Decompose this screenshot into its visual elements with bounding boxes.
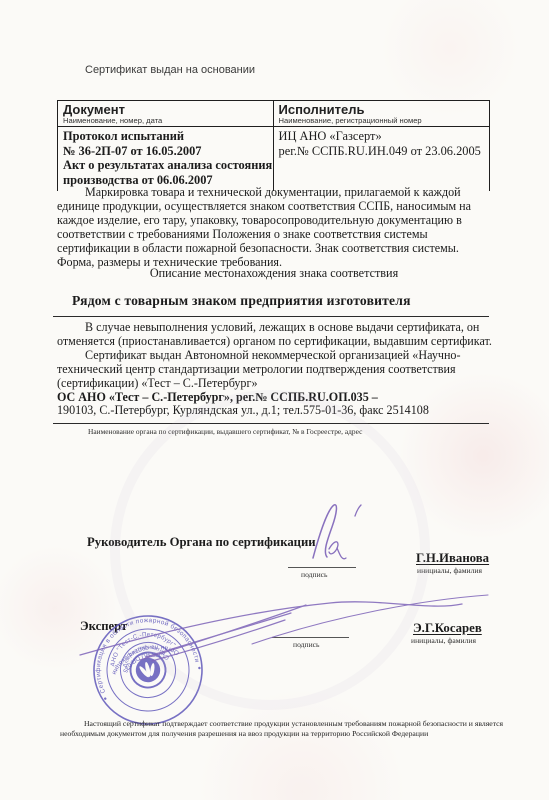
column-subtitle: Наименование, номер, дата [63, 116, 268, 125]
signature-line-expert [272, 637, 349, 638]
name-caption: инициалы, фамилия [411, 636, 476, 645]
issuer-caption: Наименование органа по сертификации, выд… [88, 427, 362, 436]
mark-location-value: Рядом с товарным знаком предприятия изго… [72, 293, 411, 309]
basis-table: Документ Наименование, номер, дата Прото… [57, 100, 490, 191]
executor-line: рег.№ ССПБ.RU.ИН.049 от 23.06.2005 [279, 144, 485, 159]
head-signature [313, 505, 361, 559]
column-header-document: Документ Наименование, номер, дата [58, 101, 273, 127]
divider-line [53, 316, 489, 317]
executor-line: ИЦ АНО «Газсерт» [279, 129, 485, 144]
document-cell: Протокол испытаний № 36-2П-07 от 16.05.2… [58, 127, 273, 191]
issued-on-label: Сертификат выдан на основании [85, 64, 255, 76]
head-of-body-label: Руководитель Органа по сертификации [87, 535, 316, 550]
executor-cell: ИЦ АНО «Газсерт» рег.№ ССПБ.RU.ИН.049 от… [274, 127, 490, 162]
signature-caption: подпись [301, 570, 327, 579]
column-subtitle: Наименование, регистрационный номер [279, 116, 485, 125]
expert-name: Э.Г.Косарев [413, 621, 482, 636]
document-line: № 36-2П-07 от 16.05.2007 [63, 144, 268, 159]
basis-table-column-executor: Исполнитель Наименование, регистрационны… [274, 101, 490, 191]
divider-line [53, 423, 489, 424]
column-title: Документ [63, 103, 268, 116]
document-line: Протокол испытаний [63, 129, 268, 144]
revocation-paragraph: В случае невыполнения условий, лежащих в… [57, 321, 494, 349]
issuer-section: В случае невыполнения условий, лежащих в… [57, 321, 494, 418]
issuer-address: 190103, С.-Петербург, Курляндская ул., д… [57, 404, 494, 418]
certificate-page: Сертификат выдан на основании Документ Н… [0, 0, 549, 800]
marking-paragraph: Маркировка товара и технической документ… [57, 186, 494, 269]
document-line: Акт о результатах анализа состояния [63, 158, 268, 173]
issuer-org-name: ОС АНО «Тест – С.-Петербург», рег.№ ССПБ… [57, 391, 494, 405]
head-name: Г.Н.Иванова [416, 551, 489, 566]
name-caption: инициалы, фамилия [417, 566, 482, 575]
signature-caption: подпись [293, 640, 319, 649]
column-title: Исполнитель [279, 103, 485, 116]
signature-line-head [288, 567, 356, 568]
basis-table-column-document: Документ Наименование, номер, дата Прото… [58, 101, 274, 191]
column-header-executor: Исполнитель Наименование, регистрационны… [274, 101, 490, 127]
footer-note: Настоящий сертификат подтверждает соотве… [60, 719, 508, 739]
mark-location-caption: Описание местонахождения знака соответст… [57, 266, 491, 281]
issued-by-paragraph: Сертификат выдан Автономной некоммерческ… [57, 349, 494, 391]
